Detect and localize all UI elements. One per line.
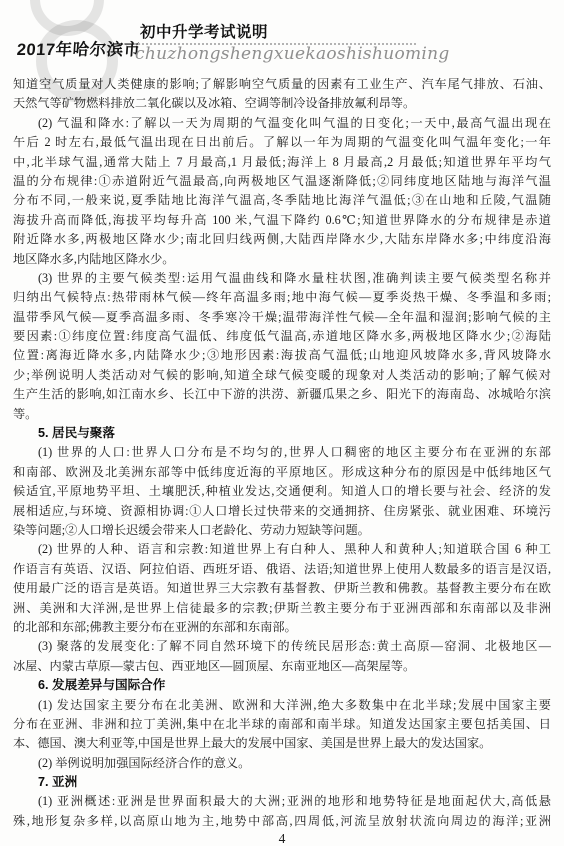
text-line: 地区降水多,内陆地区降水少。 <box>13 250 551 269</box>
text-line: 午后 2 时左右,最低气温出现在日出前后。了解以一年为周期的气温变化叫气温年变化… <box>13 133 551 152</box>
text-line: 附近降水多,两极地区降水少;南北回归线两侧,大陆西岸降水少,大陆东岸降水多;中纬… <box>13 230 551 249</box>
text-line: 知道空气质量对人类健康的影响;了解影响空气质量的因素有工业生产、汽车尾气排放、石… <box>13 75 551 94</box>
text-line: 温的分布规律:①赤道附近气温最高,向两极地区气温逐渐降低;②同纬度地区陆地与海洋… <box>13 172 551 191</box>
text-line: 分布在亚洲、非洲和拉丁美洲,集中在北半球的南部和南半球。知道发达国家主要包括美国… <box>13 715 551 734</box>
page-number: 4 <box>0 831 564 846</box>
text-line: 染等问题;②人口增长迟缓会带来人口老龄化、劳动力短缺等问题。 <box>13 521 551 540</box>
text-line: 殊,地形复杂多样,以高原山地为主,地势中部高,四周低,河流呈放射状流向周边的海洋… <box>13 812 551 831</box>
text-line: (1) 亚洲概述:亚洲是世界面积最大的大洲;亚洲的地形和地势特征是地面起伏大,高… <box>13 792 551 811</box>
text-line: 本、德国、澳大利亚等,中国是世界上最大的发展中国家、美国是世界上最大的发达国家。 <box>13 734 551 753</box>
text-line: (2) 气温和降水:了解以一天为周期的气温变化叫气温的日变化;一天中,最高气温出… <box>13 114 551 133</box>
section-heading: 7. 亚洲 <box>13 773 551 792</box>
text-line: (3) 聚落的发展变化:了解不同自然环境下的传统民居形态:黄土高原—窑洞、北极地… <box>13 637 551 656</box>
text-line: 天然气等矿物燃料排放二氧化碳以及冰箱、空调等制冷设备排放氟利昂等。 <box>13 94 551 113</box>
text-line: 位置:离海近降水多,内陆降水少;③地形因素:海拔高气温低;山地迎风坡降水多,背风… <box>13 346 551 365</box>
pinyin-subtitle: chuzhongshengxuekaoshishuoming <box>135 44 450 64</box>
text-line: 洲、美洲和大洋洲,是世界上信徒最多的宗教;伊斯兰教主要分布于亚洲西部和东南部以及… <box>13 599 551 618</box>
text-line: 使用最广泛的语言是英语。知道世界三大宗教有基督教、伊斯兰教和佛教。基督教主要分布… <box>13 579 551 598</box>
edition-label: 2017年哈尔滨市 <box>16 36 141 60</box>
section-heading: 5. 居民与聚落 <box>13 424 551 443</box>
text-line: 和南部、欧洲及北美洲东部等中低纬度近海的平原地区。形成这种分布的原因是中低纬地区… <box>13 463 551 482</box>
text-line: 冰屋、内蒙古草原—蒙古包、西亚地区—圆顶屋、东南亚地区—高架屋等。 <box>13 657 551 676</box>
body-text: 知道空气质量对人类健康的影响;了解影响空气质量的因素有工业生产、汽车尾气排放、石… <box>13 75 551 831</box>
text-line: 展相适应,与环境、资源相协调:①人口增长过快带来的交通拥挤、住房紧张、就业困难、… <box>13 502 551 521</box>
text-line: 等。 <box>13 405 551 424</box>
text-line: 生产生活的影响,如江南水乡、长江中下游的洪涝、新疆瓜果之乡、阳光下的海南岛、冰城… <box>13 385 551 404</box>
text-line: (2) 举例说明加强国际经济合作的意义。 <box>13 754 551 773</box>
text-line: (2) 世界的人种、语言和宗教:知道世界上有白种人、黑种人和黄种人;知道联合国 … <box>13 540 551 559</box>
text-line: 中,北半球气温,通常大陆上 7 月最高,1 月最低;海洋上 8 月最高,2 月最… <box>13 153 551 172</box>
text-line: 候适宜,平原地势平坦、土壤肥沃,种植业发达,交通便利。知道人口的增长要与社会、经… <box>13 482 551 501</box>
text-line: 作语言有英语、汉语、阿拉伯语、西班牙语、俄语、法语;知道世界上使用人数最多的语言… <box>13 560 551 579</box>
text-line: 的北部和东部;佛教主要分布在亚洲的东部和东南部。 <box>13 618 551 637</box>
page-title: 初中升学考试说明 <box>140 20 268 42</box>
text-line: 归纳出气候特点:热带雨林气候—终年高温多雨;地中海气候—夏季炎热干燥、冬季温和多… <box>13 288 551 307</box>
text-line: (1) 世界的人口:世界人口分布是不均匀的,世界人口稠密的地区主要分布在亚洲的东… <box>13 443 551 462</box>
text-line: 要因素:①纬度位置:纬度高气温低、纬度低气温高,赤道地区降水多,两极地区降水少;… <box>13 327 551 346</box>
text-line: 海拔升高而降低,海拔平均每升高 100 米,气温下降约 0.6℃;知道世界降水的… <box>13 211 551 230</box>
section-heading: 6. 发展差异与国际合作 <box>13 676 551 695</box>
document-page: 2017年哈尔滨市 初中升学考试说明 chuzhongshengxuekaosh… <box>0 0 564 846</box>
text-line: 温带季风气候—夏季高温多雨、冬季寒冷干燥;温带海洋性气候—全年温和湿润;影响气候… <box>13 308 551 327</box>
text-line: (3) 世界的主要气候类型:运用气温曲线和降水量柱状图,准确判读主要气候类型名称… <box>13 269 551 288</box>
text-line: 少;举例说明人类活动对气候的影响,知道全球气候变暖的现象对人类活动的影响;了解气… <box>13 366 551 385</box>
text-line: 分布不同,一般来说,夏季陆地比海洋气温高,冬季陆地比海洋气温低;③在山地和丘陵,… <box>13 191 551 210</box>
text-line: (1) 发达国家主要分布在北美洲、欧洲和大洋洲,绝大多数集中在北半球;发展中国家… <box>13 696 551 715</box>
